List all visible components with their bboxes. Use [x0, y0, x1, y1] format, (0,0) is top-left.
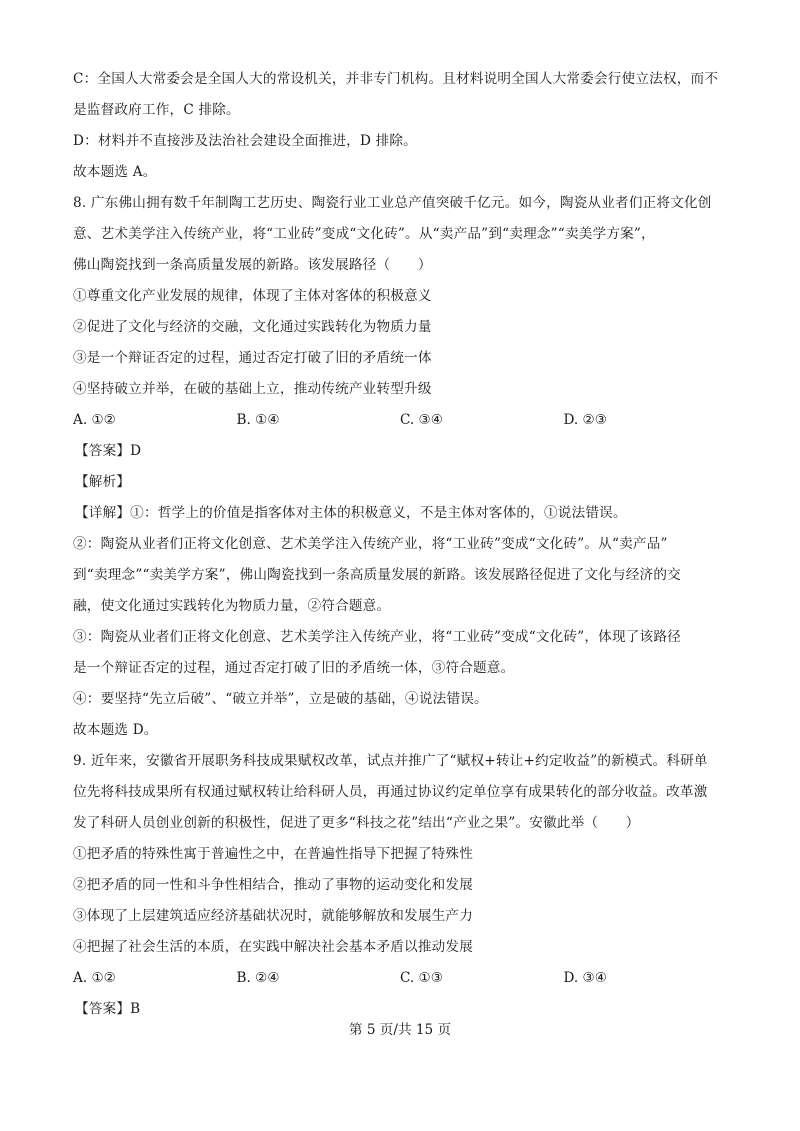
- option-a: A. ①②: [73, 963, 237, 994]
- question-stem-line: 位先将科技成果所有权通过赋权转让给科研人员，再通过协议约定单位享有成果转化的部分…: [73, 777, 727, 808]
- question-stem-line: 8. 广东佛山拥有数千年制陶工艺历史、陶瓷行业工业总产值突破千亿元。如今，陶瓷从…: [73, 188, 727, 219]
- question-8: 8. 广东佛山拥有数千年制陶工艺历史、陶瓷行业工业总产值突破千亿元。如今，陶瓷从…: [73, 188, 727, 746]
- conclusion-line: 故本题选 D。: [73, 715, 727, 746]
- analysis-line: D：材料并不直接涉及法治社会建设全面推进，D 排除。: [73, 126, 727, 157]
- question-stem-line: 9. 近年来，安徽省开展职务科技成果赋权改革，试点并推广了“赋权+转让+约定收益…: [73, 746, 727, 777]
- explanation-line: ③：陶瓷从业者们正将文化创意、艺术美学注入传统产业，将“工业砖”变成“文化砖”，…: [73, 622, 727, 653]
- prev-question-tail: C：全国人大常委会是全国人大的常设机关，并非专门机构。且材料说明全国人大常委会行…: [73, 64, 727, 188]
- option-d: D. ③④: [564, 963, 728, 994]
- option-d: D. ②③: [564, 405, 728, 436]
- option-a: A. ①②: [73, 405, 237, 436]
- question-9: 9. 近年来，安徽省开展职务科技成果赋权改革，试点并推广了“赋权+转让+约定收益…: [73, 746, 727, 1025]
- statement-4: ④坚持破立并举，在破的基础上立，推动传统产业转型升级: [73, 374, 727, 405]
- question-stem-line: 发了科研人员创业创新的积极性，促进了更多“科技之花”结出“产业之果”。安徽此举（…: [73, 808, 727, 839]
- answer-options: A. ①② B. ①④ C. ③④ D. ②③: [73, 405, 727, 436]
- statement-4: ④把握了社会生活的本质，在实践中解决社会基本矛盾以推动发展: [73, 932, 727, 963]
- question-stem-line: 佛山陶瓷找到一条高质量发展的新路。该发展路径（ ）: [73, 250, 727, 281]
- statement-2: ②促进了文化与经济的交融，文化通过实践转化为物质力量: [73, 312, 727, 343]
- option-c: C. ③④: [400, 405, 564, 436]
- explanation-line: ②：陶瓷从业者们正将文化创意、艺术美学注入传统产业，将“工业砖”变成“文化砖”。…: [73, 529, 727, 560]
- statement-1: ①尊重文化产业发展的规律，体现了主体对客体的积极意义: [73, 281, 727, 312]
- option-b: B. ①④: [237, 405, 401, 436]
- analysis-label: 【解析】: [73, 467, 727, 498]
- statement-2: ②把矛盾的同一性和斗争性相结合，推动了事物的运动变化和发展: [73, 870, 727, 901]
- analysis-line: C：全国人大常委会是全国人大的常设机关，并非专门机构。且材料说明全国人大常委会行…: [73, 64, 727, 95]
- page-number: 第 5 页/共 15 页: [0, 1020, 800, 1040]
- statement-3: ③是一个辩证否定的过程，通过否定打破了旧的矛盾统一体: [73, 343, 727, 374]
- statement-1: ①把矛盾的特殊性寓于普遍性之中，在普遍性指导下把握了特殊性: [73, 839, 727, 870]
- option-c: C. ①③: [400, 963, 564, 994]
- conclusion-line: 故本题选 A。: [73, 157, 727, 188]
- explanation-line: 是一个辩证否定的过程，通过否定打破了旧的矛盾统一体，③符合题意。: [73, 653, 727, 684]
- explanation-line: 【详解】①：哲学上的价值是指客体对主体的积极意义，不是主体对客体的，①说法错误。: [73, 498, 727, 529]
- option-b: B. ②④: [237, 963, 401, 994]
- answer-label: 【答案】D: [73, 436, 727, 467]
- explanation-line: ④：要坚持“先立后破”、“破立并举”，立是破的基础，④说法错误。: [73, 684, 727, 715]
- explanation-line: 到“卖理念”“卖美学方案”，佛山陶瓷找到一条高质量发展的新路。该发展路径促进了文…: [73, 560, 727, 591]
- explanation-line: 融，使文化通过实践转化为物质力量，②符合题意。: [73, 591, 727, 622]
- document-page: C：全国人大常委会是全国人大的常设机关，并非专门机构。且材料说明全国人大常委会行…: [73, 64, 727, 1025]
- question-stem-line: 意、艺术美学注入传统产业，将“工业砖”变成“文化砖”。从“卖产品”到“卖理念”“…: [73, 219, 727, 250]
- answer-options: A. ①② B. ②④ C. ①③ D. ③④: [73, 963, 727, 994]
- statement-3: ③体现了上层建筑适应经济基础状况时，就能够解放和发展生产力: [73, 901, 727, 932]
- analysis-line: 是监督政府工作，C 排除。: [73, 95, 727, 126]
